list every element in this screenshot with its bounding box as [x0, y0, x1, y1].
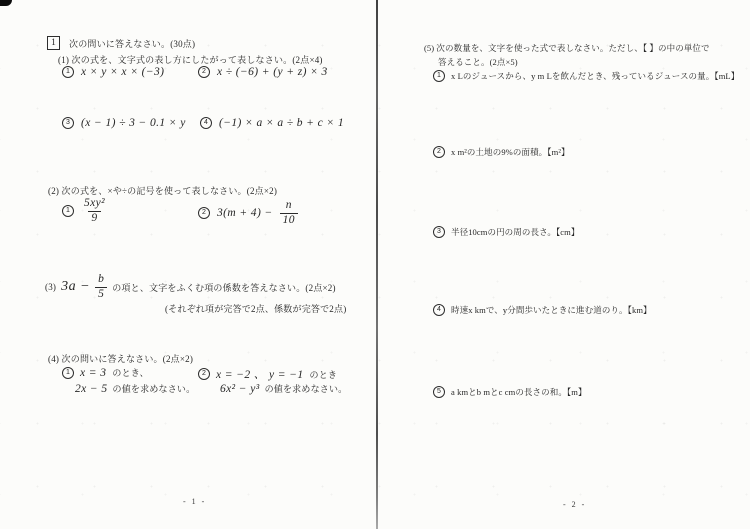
- scanned-worksheet: 1 次の問いに答えなさい。(30点) (1) 次の式を、文字式の表し方にしたがっ…: [0, 0, 750, 529]
- part1-heading-text: (1) 次の式を、文字式の表し方にしたがって表しなさい。(2点×4): [58, 53, 323, 66]
- part3-heading: (3) 3a − b 5 の項と、文字をふくむ項の係数を答えなさい。(2点×2): [45, 274, 336, 300]
- circled-number-icon: 2: [198, 207, 210, 219]
- item-text: 半径10cmの円の周の長さ。【cm】: [451, 226, 579, 238]
- circled-number-icon: 3: [433, 226, 445, 238]
- part5-item-2: 2 x m²の土地の9%の面積。【m²】: [433, 146, 570, 158]
- expression: 3a −: [61, 279, 90, 295]
- circled-number-icon: 2: [433, 146, 445, 158]
- part3-label: (3): [45, 282, 56, 292]
- question-title: 次の問いに答えなさい。(30点): [69, 37, 195, 50]
- item-text: x m²の土地の9%の面積。【m²】: [451, 146, 570, 158]
- circled-number-icon: 4: [433, 304, 445, 316]
- part3-note-text: (それぞれ項が完答で2点、係数が完答で2点): [165, 302, 346, 315]
- fraction: b 5: [95, 273, 107, 300]
- page-2-number: - 2 -: [563, 500, 586, 509]
- expression: 2x − 5: [75, 383, 108, 395]
- fraction-denominator: 10: [280, 213, 298, 227]
- expression: x × y × x × (−3): [81, 66, 164, 78]
- part2-heading-text: (2) 次の式を、×や÷の記号を使って表しなさい。(2点×2): [48, 184, 277, 197]
- part5-item-3: 3 半径10cmの円の周の長さ。【cm】: [433, 226, 579, 238]
- part3-note: (それぞれ項が完答で2点、係数が完答で2点): [165, 302, 346, 315]
- part1-item-1: 1 x × y × x × (−3): [62, 66, 164, 78]
- item-text: x Lのジュースから、y m Lを飲んだとき、残っているジュースの量。【mL】: [451, 70, 739, 82]
- part5-heading-text-2: 答えること。(2点×5): [438, 56, 518, 68]
- fraction-numerator: 5xy²: [81, 197, 108, 210]
- fraction-denominator: 9: [88, 211, 100, 225]
- part1-item-3: 3 (x − 1) ÷ 3 − 0.1 × y: [62, 117, 186, 129]
- part5-item-1: 1 x Lのジュースから、y m Lを飲んだとき、残っているジュースの量。【mL…: [433, 70, 739, 82]
- circled-number-icon: 5: [433, 386, 445, 398]
- instruction-text: の値を求めなさい。: [113, 382, 196, 395]
- item-text: 時速x kmで、y分間歩いたときに進む道のり。【km】: [451, 304, 652, 316]
- page-fold-line: [376, 0, 378, 529]
- expression: x = −2 、 y = −1: [216, 366, 304, 382]
- part2-item-2: 2 3(m + 4) − n 10: [198, 200, 298, 226]
- part4-item-1-line-1: 1 x = 3 のとき、: [62, 366, 149, 379]
- part5-item-4: 4 時速x kmで、y分間歩いたときに進む道のり。【km】: [433, 304, 652, 316]
- fraction-denominator: 5: [95, 287, 107, 301]
- circled-number-icon: 1: [62, 66, 74, 78]
- circled-number-icon: 4: [200, 117, 212, 129]
- page-1-number: - 1 -: [183, 497, 206, 506]
- circled-number-icon: 1: [433, 70, 445, 82]
- part2-item-1: 1 5xy² 9: [62, 197, 108, 225]
- condition-text: のとき: [310, 368, 338, 381]
- part4-heading-text: (4) 次の問いに答えなさい。(2点×2): [48, 352, 193, 365]
- circled-number-icon: 1: [62, 205, 74, 217]
- item-text: a kmとb mとc cmの長さの和。【m】: [451, 386, 587, 398]
- part4-item-1-line-2: 2x − 5 の値を求めなさい。: [75, 382, 195, 395]
- part1-heading: (1) 次の式を、文字式の表し方にしたがって表しなさい。(2点×4): [58, 53, 323, 66]
- expression: 6x² − y³: [220, 383, 260, 395]
- instruction-text: の値を求めなさい。: [265, 382, 348, 395]
- expression: (x − 1) ÷ 3 − 0.1 × y: [81, 117, 186, 129]
- part4-heading: (4) 次の問いに答えなさい。(2点×2): [48, 352, 193, 365]
- question-number-box: 1: [47, 36, 60, 50]
- part4-item-2-line-1: 2 x = −2 、 y = −1 のとき: [198, 366, 337, 382]
- question-1-header: 1 次の問いに答えなさい。(30点): [47, 36, 195, 50]
- circled-number-icon: 3: [62, 117, 74, 129]
- scan-corner-artifact: [0, 0, 12, 6]
- part3-text: の項と、文字をふくむ項の係数を答えなさい。(2点×2): [112, 281, 335, 294]
- condition-text: のとき、: [112, 366, 148, 379]
- fraction-numerator: b: [95, 273, 107, 286]
- fraction: n 10: [280, 199, 298, 226]
- part2-heading: (2) 次の式を、×や÷の記号を使って表しなさい。(2点×2): [48, 184, 277, 197]
- part5-heading-line-2: 答えること。(2点×5): [438, 56, 518, 68]
- expression: x = 3: [80, 367, 106, 379]
- part4-item-2-line-2: 6x² − y³ の値を求めなさい。: [220, 382, 347, 395]
- expression: (−1) × a × a ÷ b + c × 1: [219, 117, 344, 129]
- part1-item-2: 2 x ÷ (−6) + (y + z) × 3: [198, 66, 328, 78]
- circled-number-icon: 2: [198, 66, 210, 78]
- part5-heading-line-1: (5) 次の数量を、文字を使った式で表しなさい。ただし、【 】の中の単位で: [424, 42, 710, 54]
- fraction: 5xy² 9: [81, 197, 108, 224]
- part5-item-5: 5 a kmとb mとc cmの長さの和。【m】: [433, 386, 587, 398]
- expression: x ÷ (−6) + (y + z) × 3: [217, 66, 328, 78]
- expression: 3(m + 4) −: [217, 207, 273, 219]
- circled-number-icon: 2: [198, 368, 210, 380]
- circled-number-icon: 1: [62, 367, 74, 379]
- fraction-numerator: n: [283, 199, 295, 212]
- part1-item-4: 4 (−1) × a × a ÷ b + c × 1: [200, 117, 344, 129]
- part5-heading-text-1: (5) 次の数量を、文字を使った式で表しなさい。ただし、【 】の中の単位で: [424, 42, 710, 54]
